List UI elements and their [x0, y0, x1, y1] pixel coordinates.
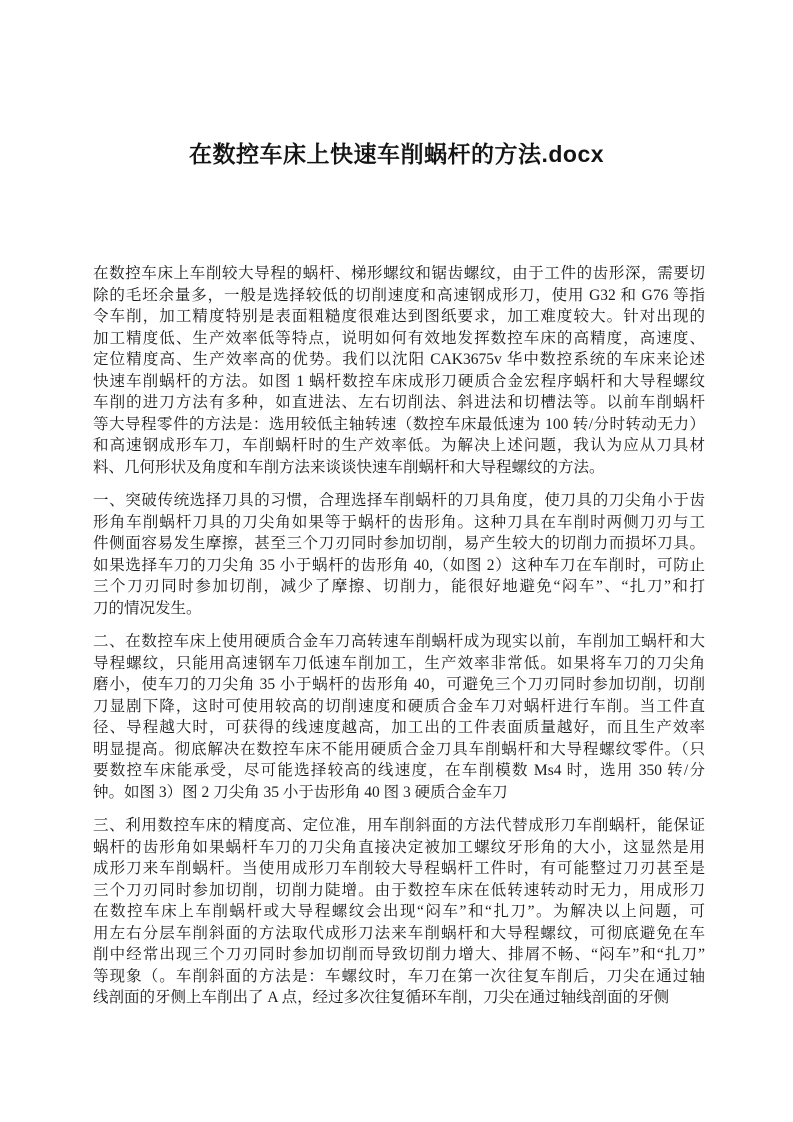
text-line: 刀显剧下降，这时可使用较高的切削速度和硬质合金车刀对蜗杆进行车削。当工件直 — [93, 696, 705, 718]
text-line: 刀的情况发生。 — [93, 598, 705, 620]
text-line: 在数控车床上车削较大导程的蜗杆、梯形螺纹和锯齿螺纹，由于工件的齿形深，需要切 — [93, 263, 705, 285]
text-line: 等现象（。车削斜面的方法是：车螺纹时，车刀在第一次往复车削后，刀尖在通过轴 — [93, 966, 705, 988]
text-line: 料、几何形状及角度和车削方法来谈谈快速车削蜗杆和大导程螺纹的方法。 — [93, 457, 705, 479]
document-title: 在数控车床上快速车削蜗杆的方法.docx — [0, 0, 793, 168]
text-line: 定位精度高、生产效率高的优势。我们以沈阳 CAK3675v 华中数控系统的车床来… — [93, 349, 705, 371]
text-line: 如果选择车刀的刀尖角 35 小于蜗杆的齿形角 40,（如图 2）这种车刀在车削时… — [93, 555, 705, 577]
text-line: 件侧面容易发生摩擦，甚至三个刀刃同时参加切削，易产生较大的切削力而损坏刀具。 — [93, 533, 705, 555]
text-line: 在数控车床上车削蜗杆或大导程螺纹会出现“闷车”和“扎刀”。为解决以上问题，可 — [93, 901, 705, 923]
text-line: 三、利用数控车床的精度高、定位准，用车削斜面的方法代替成形刀车削蜗杆，能保证 — [93, 815, 705, 837]
text-line: 明显提高。彻底解决在数控车床不能用硬质合金刀具车削蜗杆和大导程螺纹零件。（只 — [93, 739, 705, 761]
paragraph-4: 三、利用数控车床的精度高、定位准，用车削斜面的方法代替成形刀车削蜗杆，能保证蜗杆… — [93, 815, 705, 1009]
text-line: 车削的进刀方法有多种，如直进法、左右切削法、斜进法和切槽法等。以前车削蜗杆 — [93, 392, 705, 414]
text-line: 一、突破传统选择刀具的习惯，合理选择车削蜗杆的刀具角度，使刀具的刀尖角小于齿 — [93, 490, 705, 512]
text-line: 削中经常出现三个刀刃同时参加切削而导致切削力增大、排屑不畅、“闷车”和“扎刀” — [93, 944, 705, 966]
text-line: 加工精度低、生产效率低等特点，说明如何有效地发挥数控车床的高精度，高速度、 — [93, 328, 705, 350]
text-line: 导程螺纹，只能用高速钢车刀低速车削加工，生产效率非常低。如果将车刀的刀尖角 — [93, 653, 705, 675]
text-line: 线剖面的牙侧上车削出了 A 点，经过多次往复循环车削，刀尖在通过轴线剖面的牙侧 — [93, 987, 705, 1009]
text-line: 成形刀来车削蜗杆。当使用成形刀车削较大导程蜗杆工件时，有可能整过刀刃甚至是 — [93, 858, 705, 880]
paragraph-2: 一、突破传统选择刀具的习惯，合理选择车削蜗杆的刀具角度，使刀具的刀尖角小于齿形角… — [93, 490, 705, 619]
text-line: 令车削，加工精度特别是表面粗糙度很难达到图纸要求，加工难度较大。针对出现的 — [93, 306, 705, 328]
text-line: 等大导程零件的方法是：选用较低主轴转速（数控车床最低速为 100 转/分时转动无… — [93, 414, 705, 436]
paragraph-1: 在数控车床上车削较大导程的蜗杆、梯形螺纹和锯齿螺纹，由于工件的齿形深，需要切除的… — [93, 263, 705, 478]
text-line: 三个刀刃同时参加切削，减少了摩擦、切削力，能很好地避免“闷车”、“扎刀”和打 — [93, 576, 705, 598]
text-line: 二、在数控车床上使用硬质合金车刀高转速车削蜗杆成为现实以前，车削加工蜗杆和大 — [93, 631, 705, 653]
document-body: 在数控车床上车削较大导程的蜗杆、梯形螺纹和锯齿螺纹，由于工件的齿形深，需要切除的… — [93, 263, 705, 1009]
text-line: 磨小，使车刀的刀尖角 35 小于蜗杆的齿形角 40，可避免三个刀刃同时参加切削，… — [93, 674, 705, 696]
text-line: 钟。如图 3）图 2 刀尖角 35 小于齿形角 40 图 3 硬质合金车刀 — [93, 782, 705, 804]
text-line: 形角车削蜗杆刀具的刀尖角如果等于蜗杆的齿形角。这种刀具在车削时两侧刀刃与工 — [93, 512, 705, 534]
text-line: 要数控车床能承受，尽可能选择较高的线速度，在车削模数 Ms4 时，选用 350 … — [93, 760, 705, 782]
text-line: 除的毛坯余量多，一般是选择较低的切削速度和高速钢成形刀，使用 G32 和 G76… — [93, 285, 705, 307]
document-page: 在数控车床上快速车削蜗杆的方法.docx 在数控车床上车削较大导程的蜗杆、梯形螺… — [0, 0, 793, 1122]
text-line: 和高速钢成形车刀，车削蜗杆时的生产效率低。为解决上述问题，我认为应从刀具材 — [93, 435, 705, 457]
text-line: 蜗杆的齿形角如果蜗杆车刀的刀尖角直接决定被加工螺纹牙形角的大小，这显然是用 — [93, 837, 705, 859]
text-line: 三个刀刃同时参加切削，切削力陡增。由于数控车床在低转速转动时无力，用成形刀 — [93, 880, 705, 902]
paragraph-3: 二、在数控车床上使用硬质合金车刀高转速车削蜗杆成为现实以前，车削加工蜗杆和大导程… — [93, 631, 705, 803]
text-line: 径、导程越大时，可获得的线速度越高，加工出的工件表面质量越好，而且生产效率 — [93, 717, 705, 739]
text-line: 快速车削蜗杆的方法。如图 1 蜗杆数控车床成形刀硬质合金宏程序蜗杆和大导程螺纹 — [93, 371, 705, 393]
text-line: 用左右分层车削斜面的方法取代成形刀法来车削蜗杆和大导程螺纹，可彻底避免在车 — [93, 923, 705, 945]
